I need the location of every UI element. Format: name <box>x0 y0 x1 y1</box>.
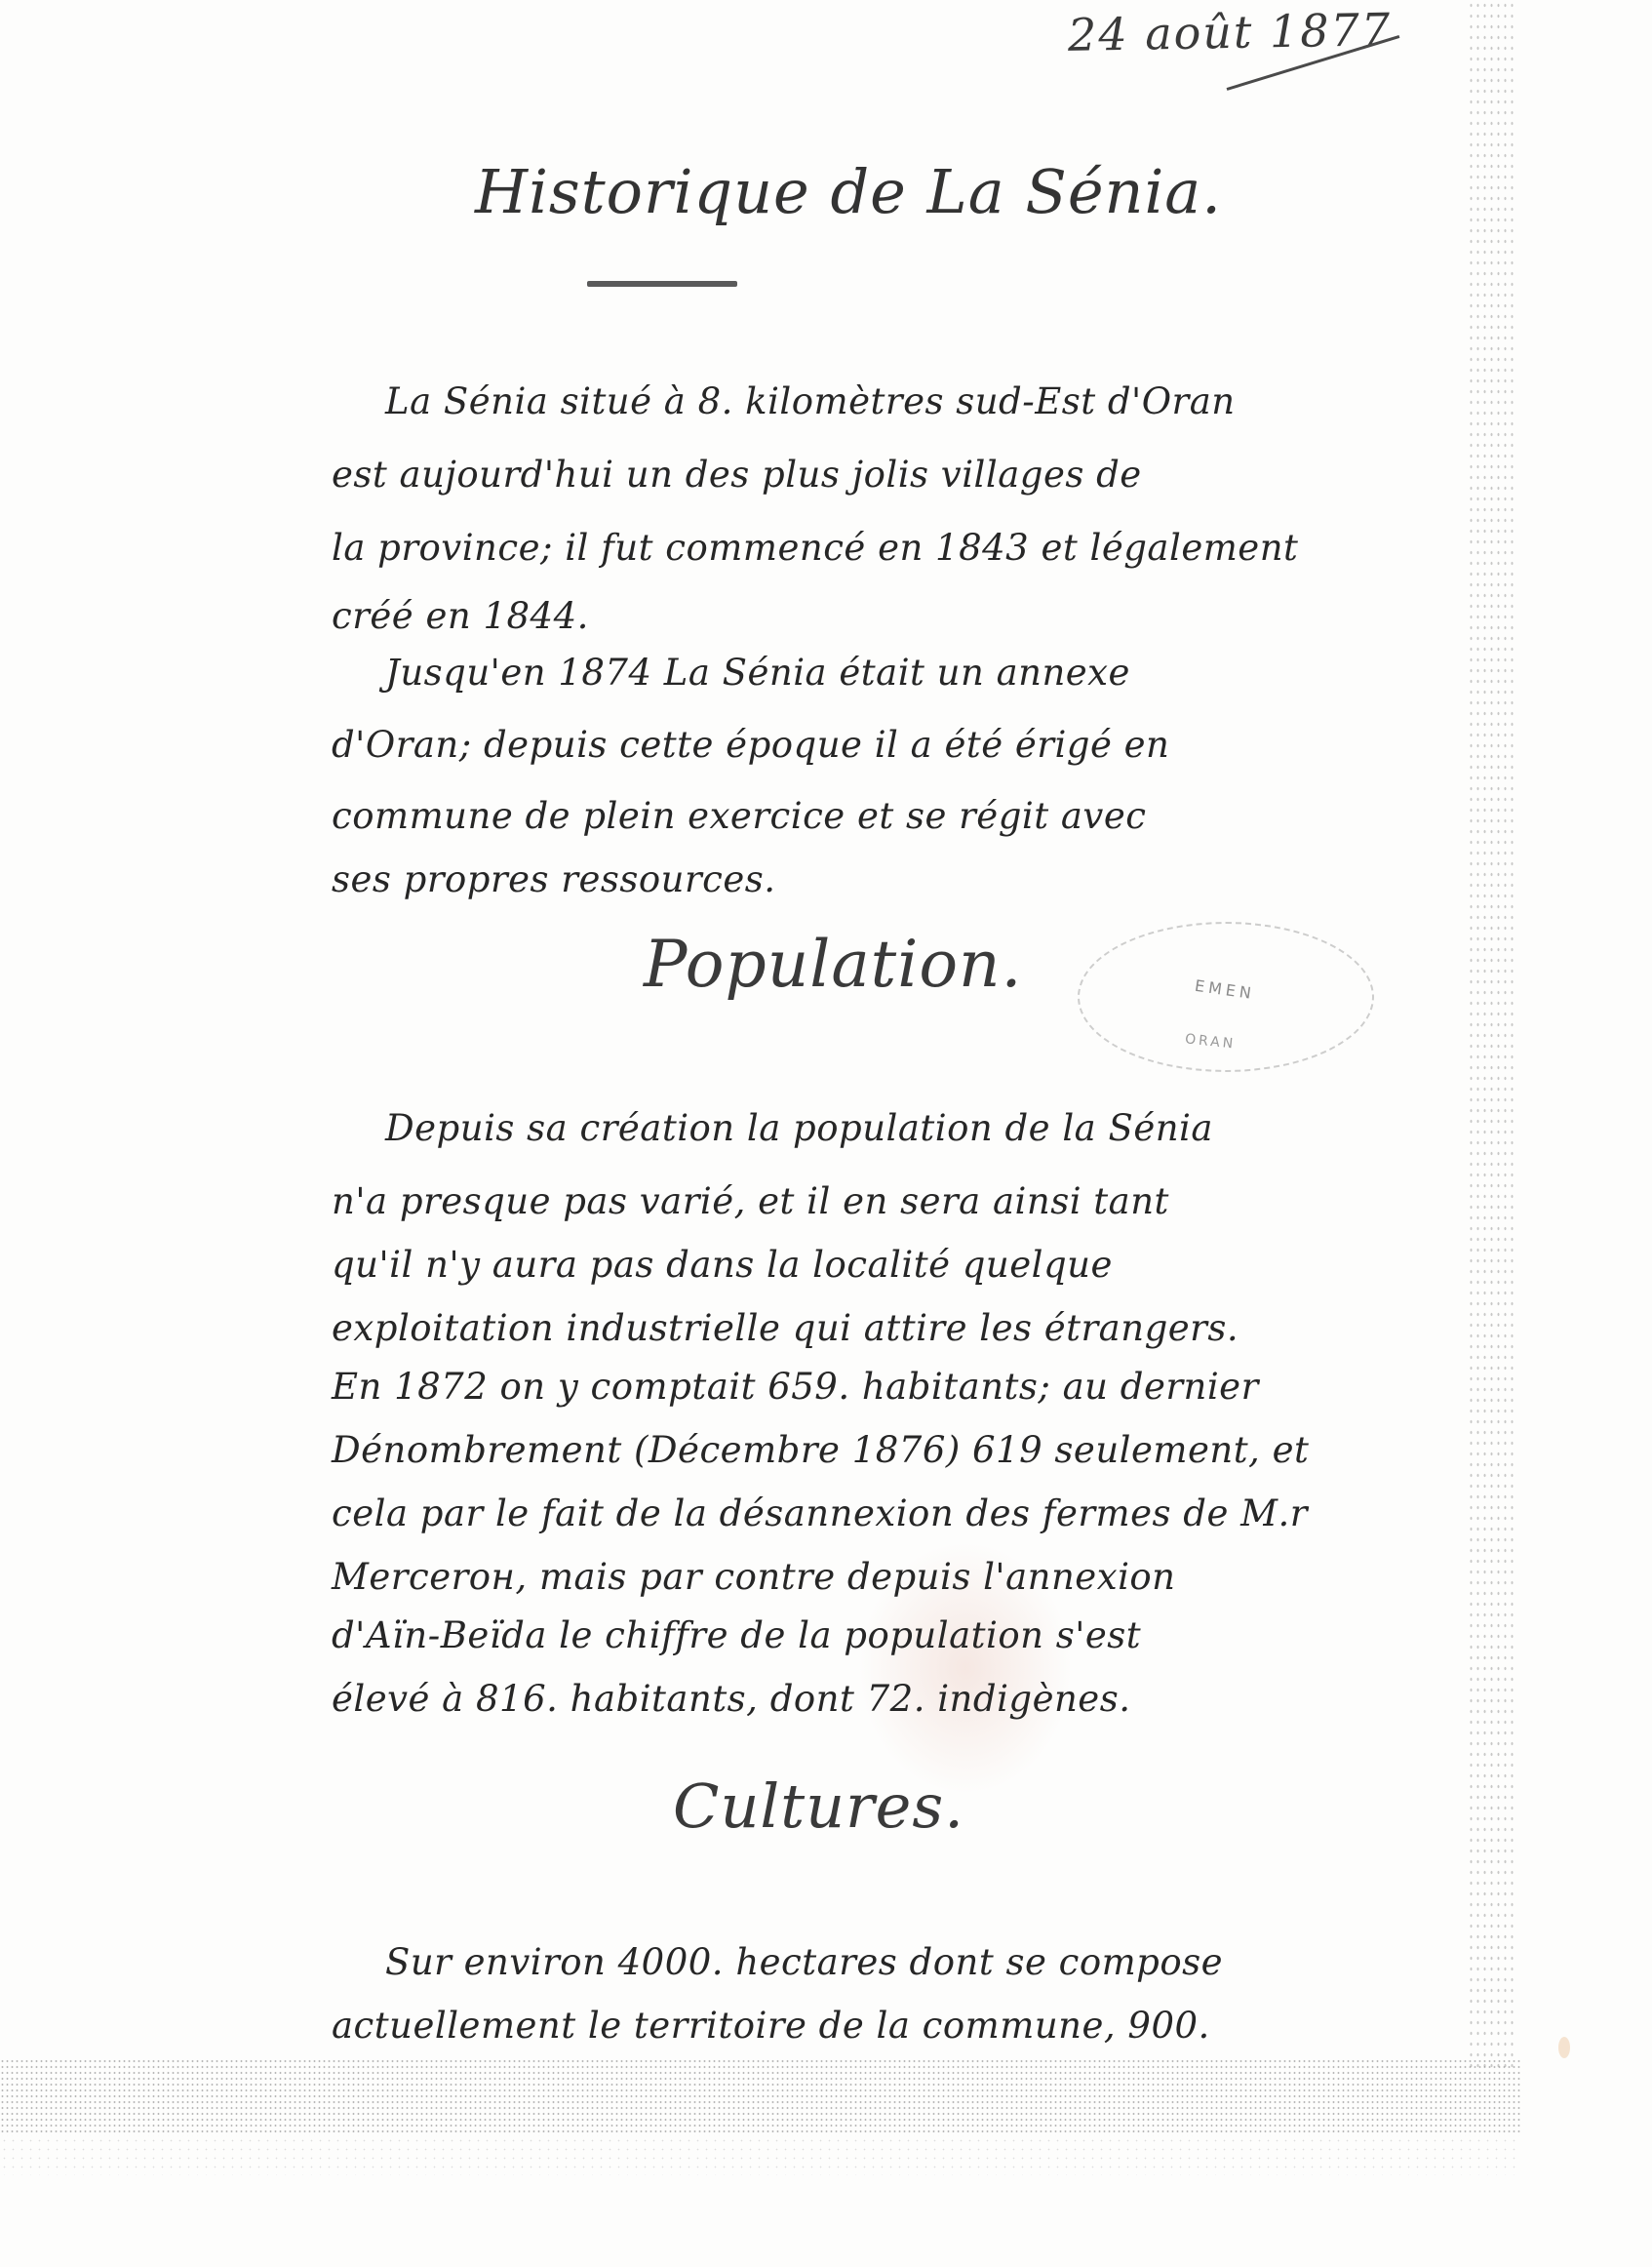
page-title: Historique de La Sénia. <box>449 156 1248 227</box>
text-line: En 1872 on y comptait 659. habitants; au… <box>332 1366 1492 1408</box>
text-line: ses propres ressources. <box>332 858 1492 900</box>
text-line: la province; il fut commencé en 1843 et … <box>332 527 1492 569</box>
text-line: actuellement le territoire de la commune… <box>332 2005 1492 2047</box>
title-underline <box>587 281 737 287</box>
text-line: est aujourd'hui un des plus jolis villag… <box>332 454 1492 496</box>
text-line: Dénombrement (Décembre 1876) 619 seuleme… <box>332 1429 1492 1471</box>
text-line: d'Aïn-Beïda le chiffre de la population … <box>332 1614 1492 1656</box>
section-heading-cultures: Cultures. <box>673 1770 964 1842</box>
scan-bottom-noise <box>0 2058 1521 2136</box>
text-line: Sur environ 4000. hectares dont se compo… <box>385 1941 1546 1983</box>
text-line: n'a presque pas varié, et il en sera ain… <box>332 1180 1492 1222</box>
text-line: cela par le fait de la désannexion des f… <box>332 1492 1492 1534</box>
scan-margin-noise <box>1468 0 1516 2068</box>
paper-edge-mark <box>1558 2037 1570 2058</box>
text-line: Depuis sa création la population de la S… <box>385 1107 1546 1149</box>
text-line: commune de plein exercice et se régit av… <box>332 795 1492 837</box>
scanned-page: 24 août 1877 Historique de La Sénia. La … <box>0 0 1652 2267</box>
text-line: La Sénia situé à 8. kilomètres sud-Est d… <box>385 380 1546 422</box>
text-line: Jusqu'en 1874 La Sénia était un annexe <box>385 652 1546 694</box>
scan-bottom-noise-light <box>0 2136 1521 2175</box>
text-line: Mercerон, mais par contre depuis l'annex… <box>332 1556 1492 1598</box>
text-line: qu'il n'y aura pas dans la localité quel… <box>332 1244 1492 1286</box>
text-line: exploitation industrielle qui attire les… <box>332 1307 1492 1349</box>
text-line: élevé à 816. habitants, dont 72. indigèn… <box>332 1678 1492 1720</box>
text-line: créé en 1844. <box>332 595 1492 637</box>
section-heading-population: Population. <box>644 927 1023 1002</box>
text-line: d'Oran; depuis cette époque il a été éri… <box>332 724 1492 766</box>
